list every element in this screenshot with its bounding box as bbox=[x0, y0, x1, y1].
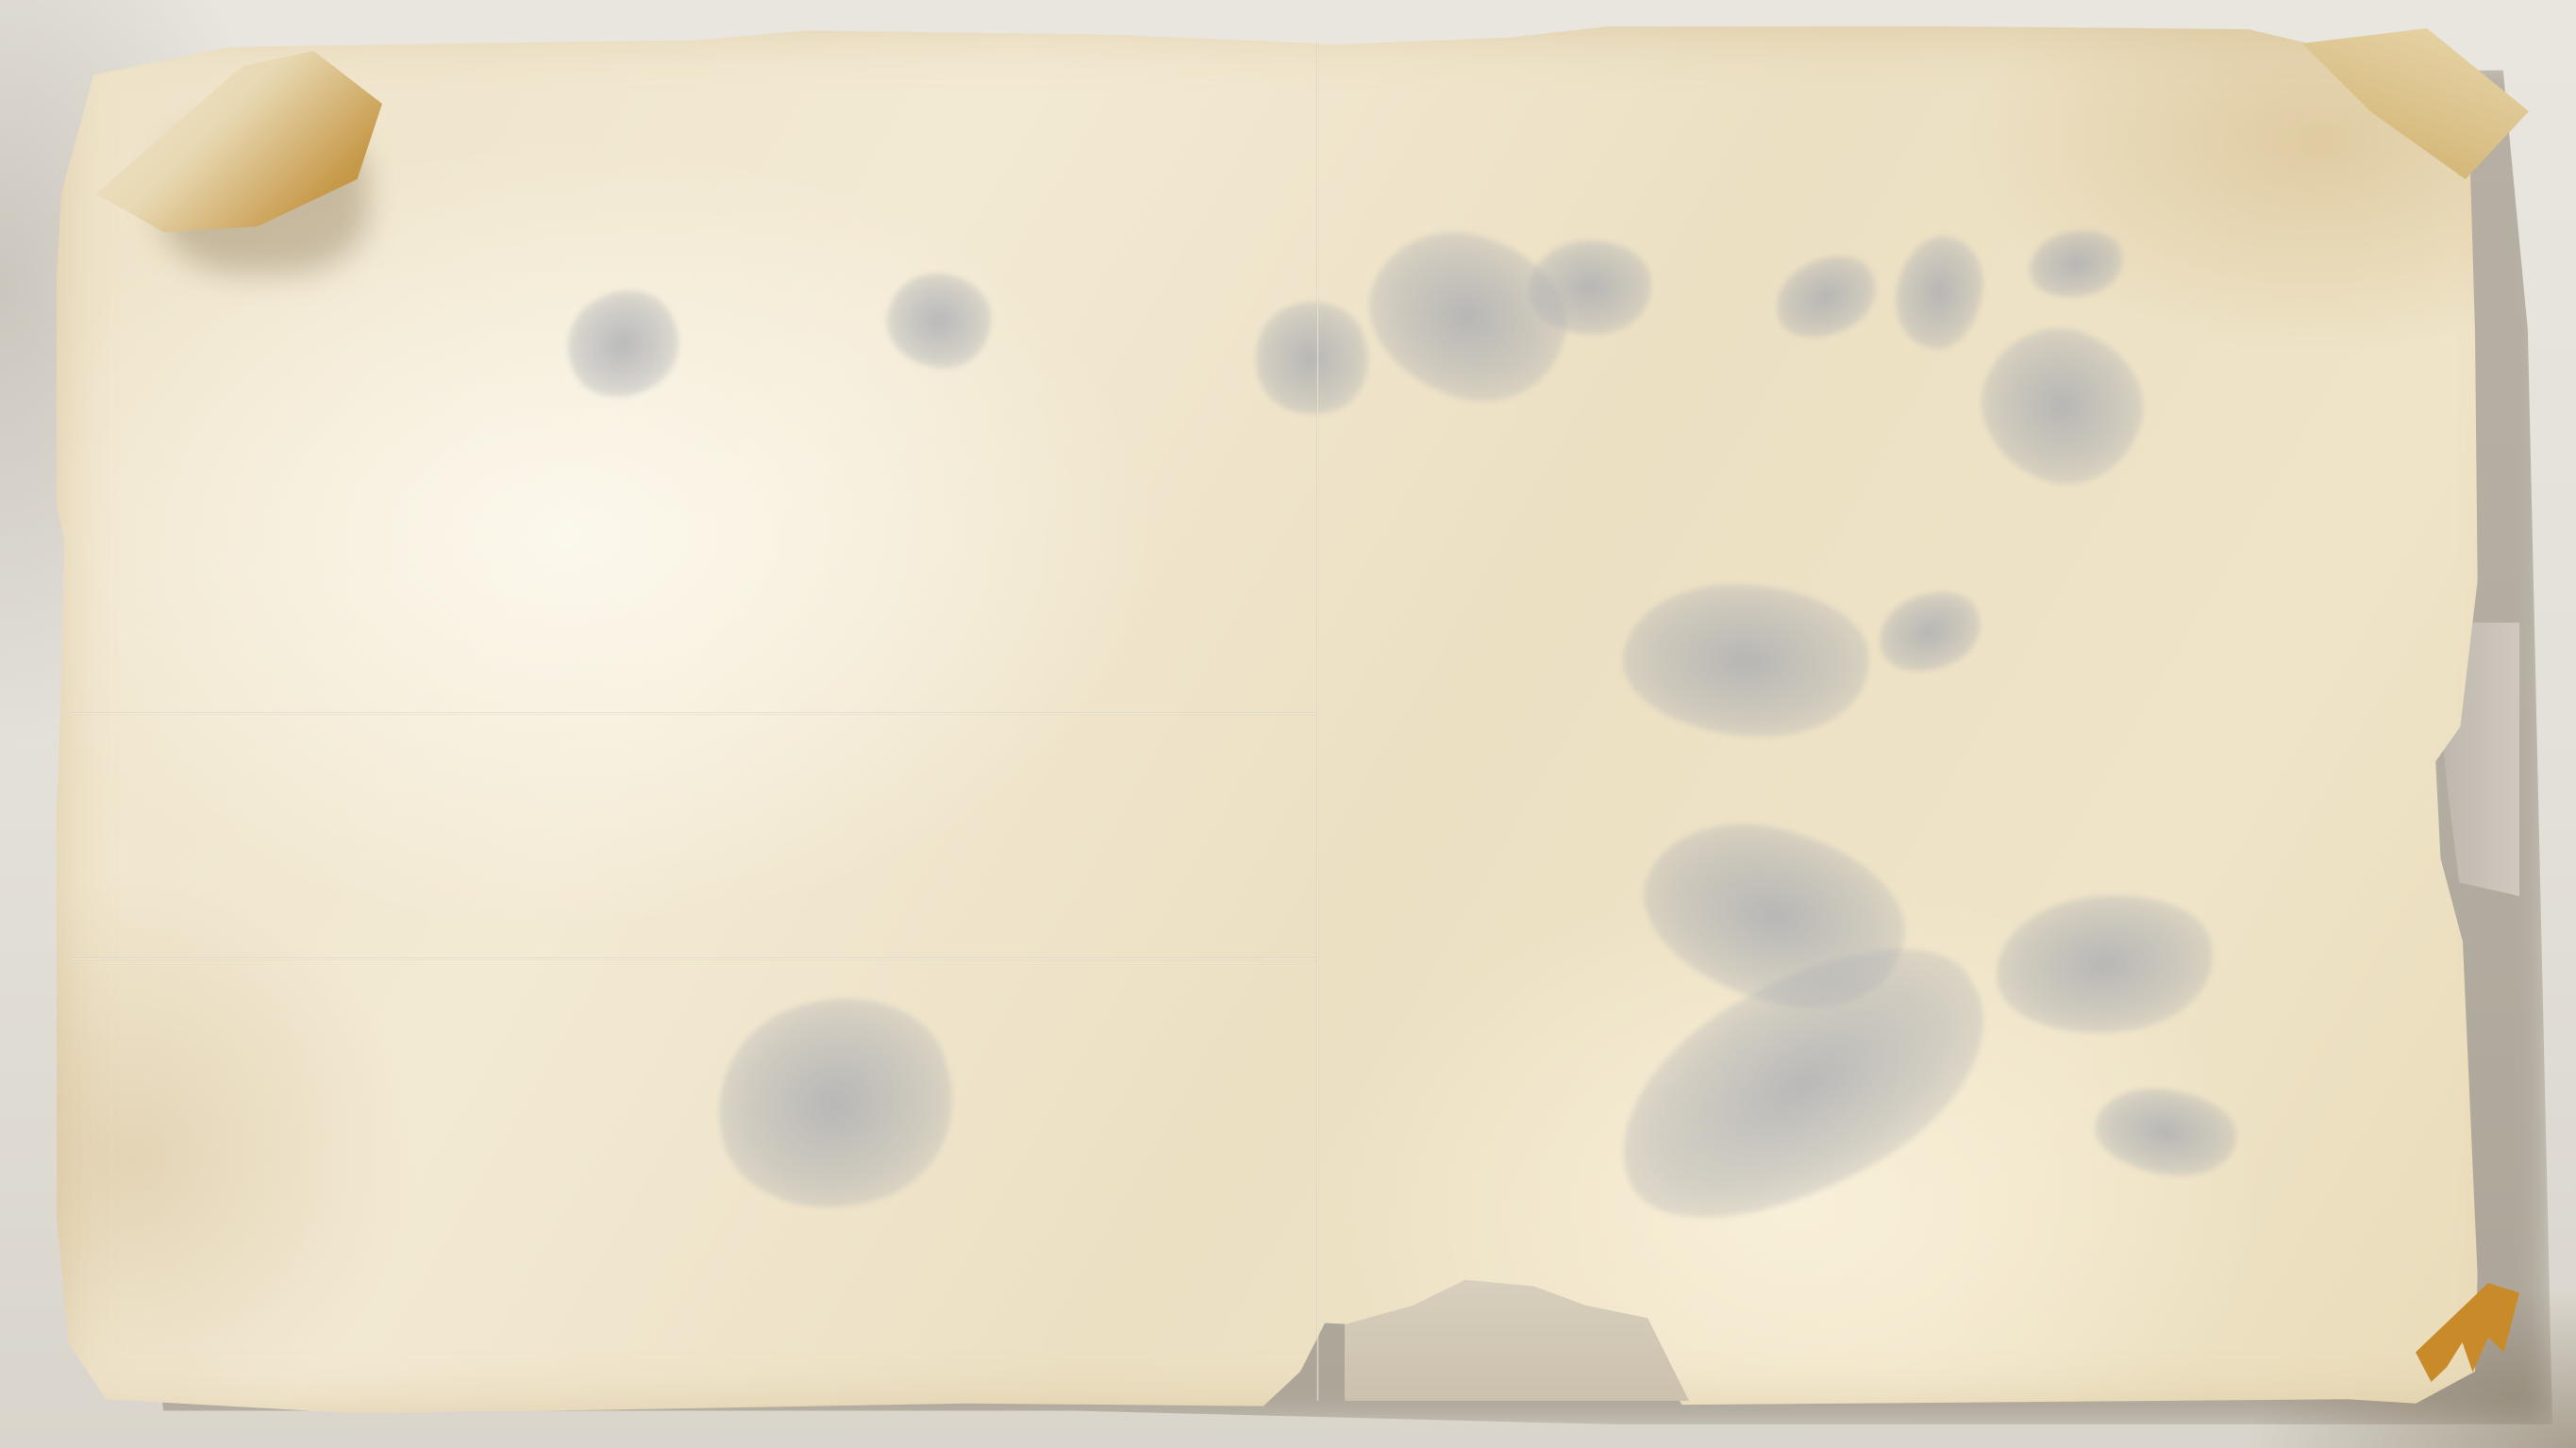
horizontal-fold-crease bbox=[71, 712, 1316, 715]
photo-scene bbox=[0, 0, 2576, 1448]
vertical-fold-crease bbox=[1316, 42, 1319, 1401]
horizontal-fold-crease bbox=[71, 957, 1316, 960]
aged-paper-sheet bbox=[57, 26, 2519, 1413]
paper-edge-discoloration bbox=[57, 26, 2519, 1413]
